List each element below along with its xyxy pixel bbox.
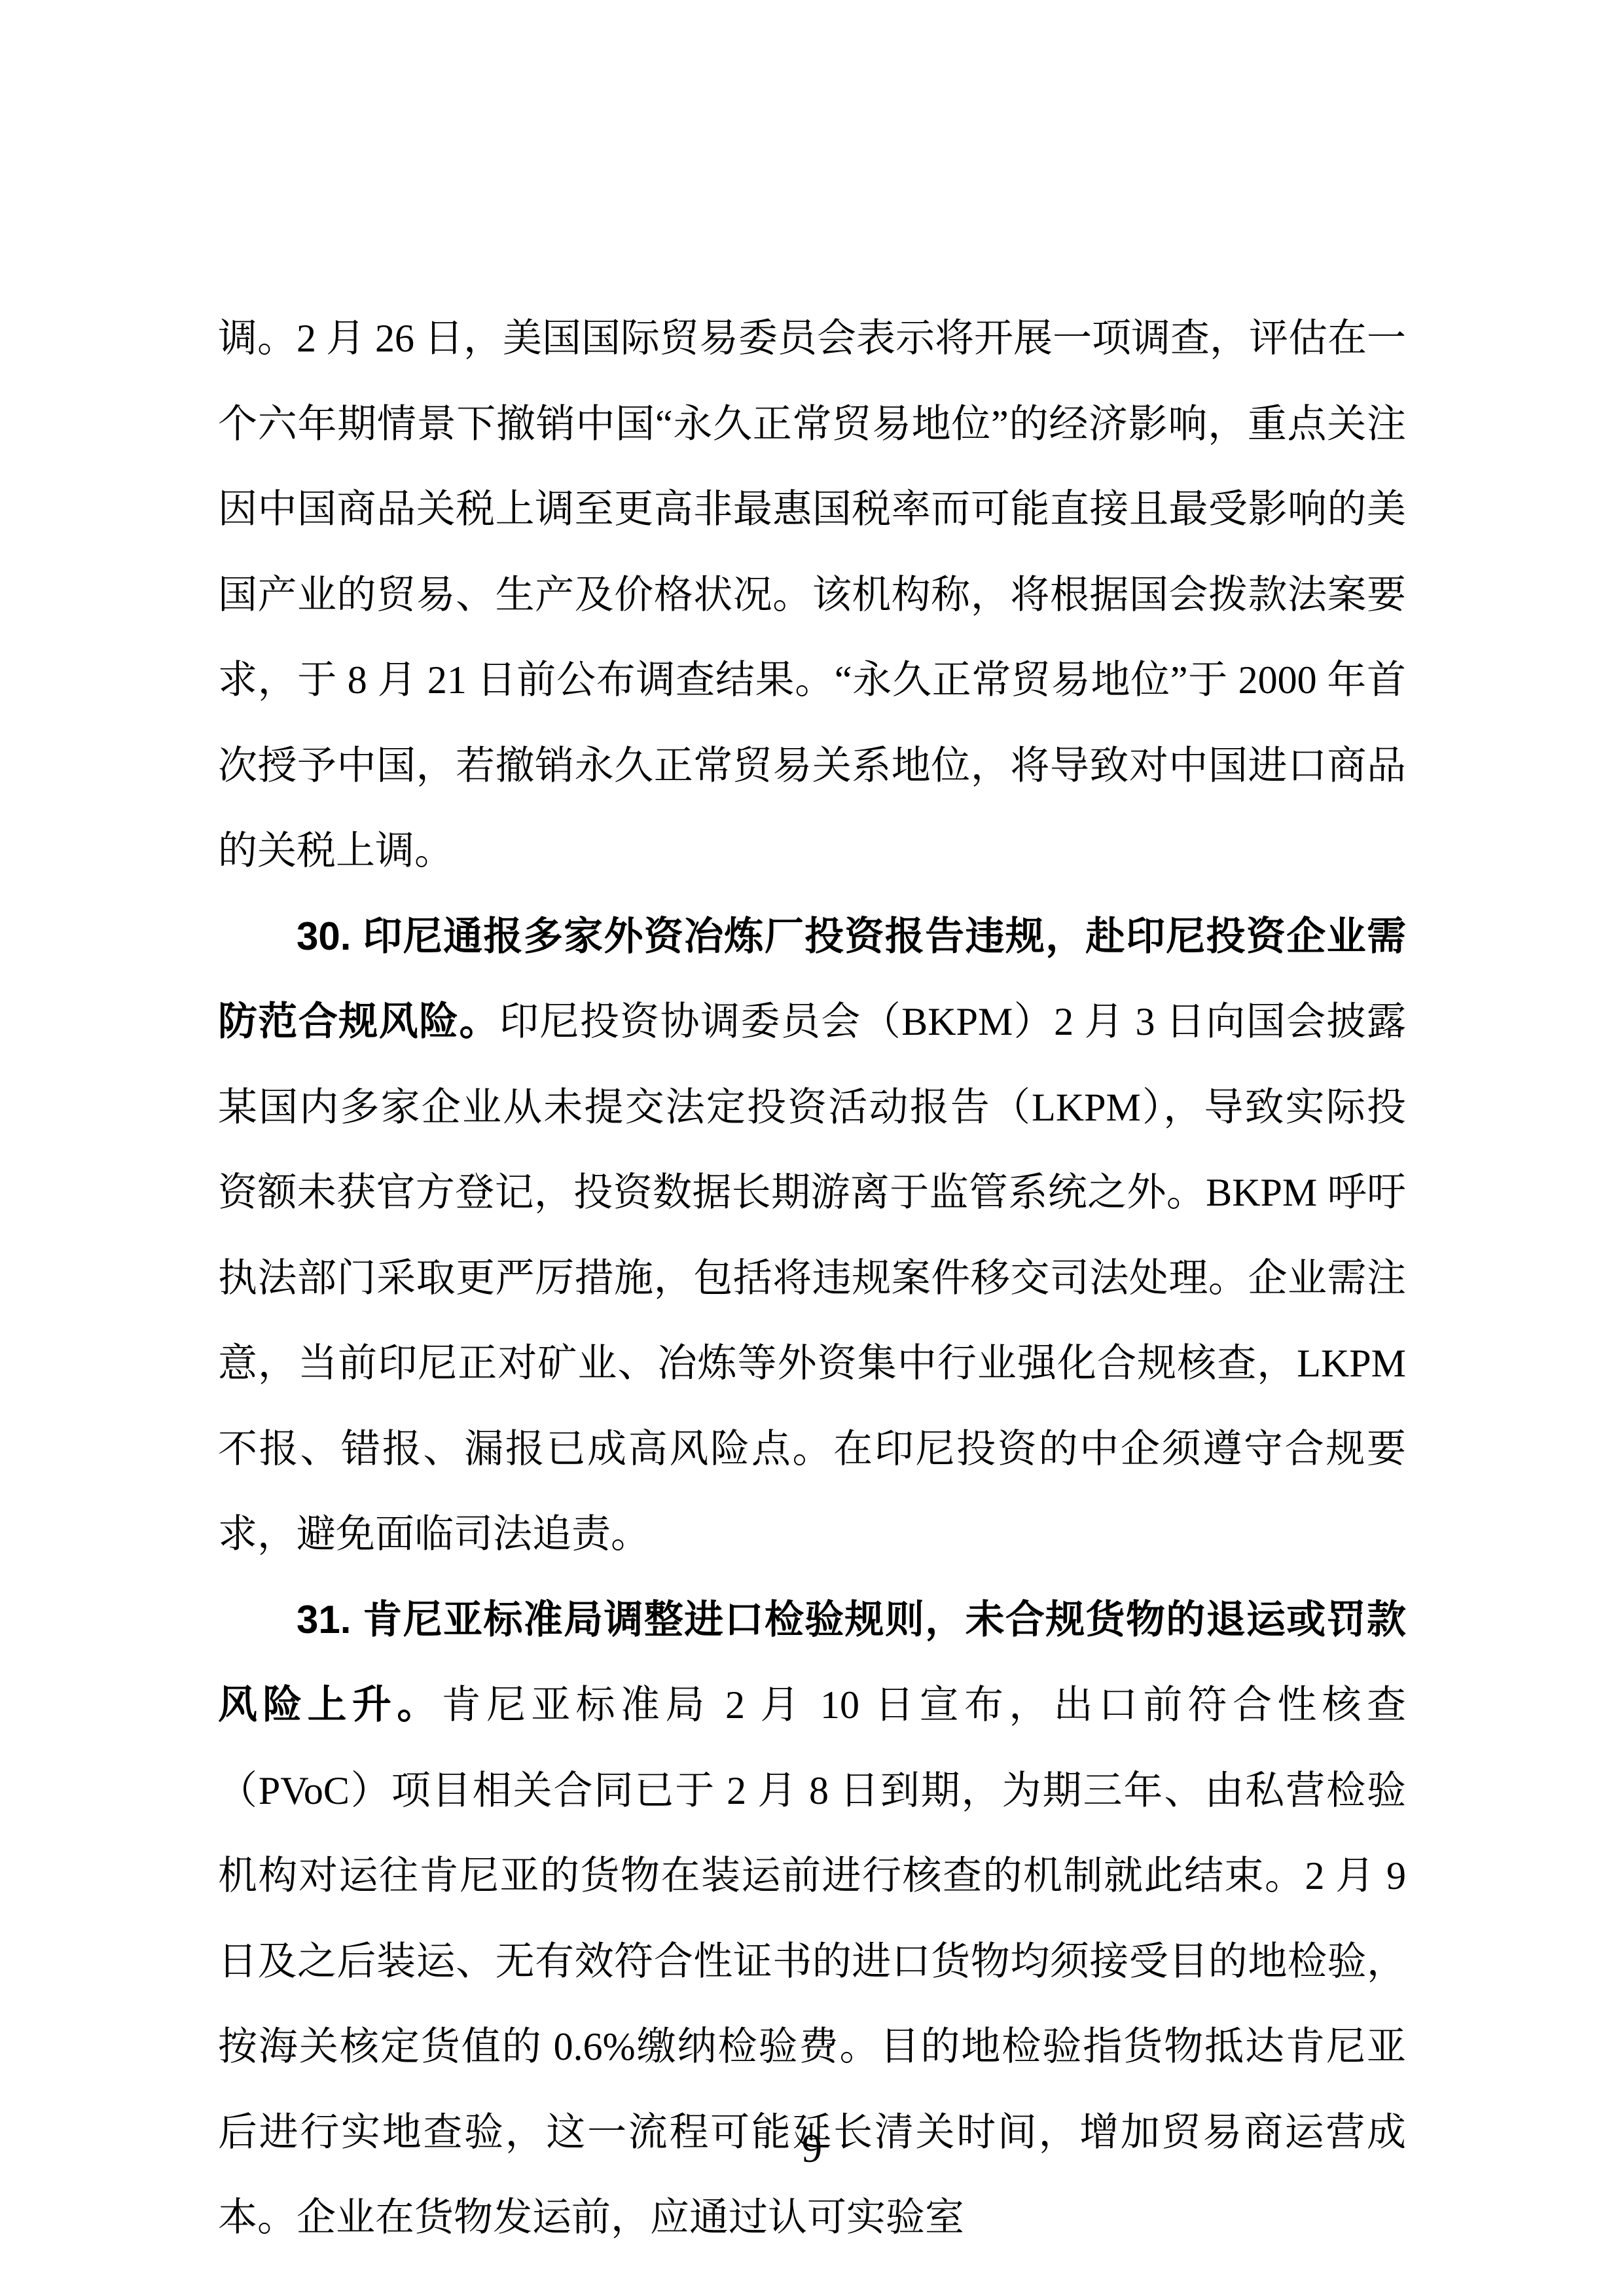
paragraph-item-30: 30. 印尼通报多家外资冶炼厂投资报告违规，赴印尼投资企业需防范合规风险。印尼投… — [218, 894, 1406, 1577]
document-page: 调。2 月 26 日，美国国际贸易委员会表示将开展一项调查，评估在一个六年期情景… — [0, 0, 1624, 2296]
page-number: 9 — [0, 2128, 1624, 2169]
document-body: 调。2 月 26 日，美国国际贸易委员会表示将开展一项调查，评估在一个六年期情景… — [218, 296, 1406, 2261]
paragraph-continuation-text: 调。2 月 26 日，美国国际贸易委员会表示将开展一项调查，评估在一个六年期情景… — [218, 317, 1406, 872]
paragraph-continuation: 调。2 月 26 日，美国国际贸易委员会表示将开展一项调查，评估在一个六年期情景… — [218, 296, 1406, 894]
paragraph-item-30-body: 印尼投资协调委员会（BKPM）2 月 3 日向国会披露某国内多家企业从未提交法定… — [218, 1000, 1406, 1556]
